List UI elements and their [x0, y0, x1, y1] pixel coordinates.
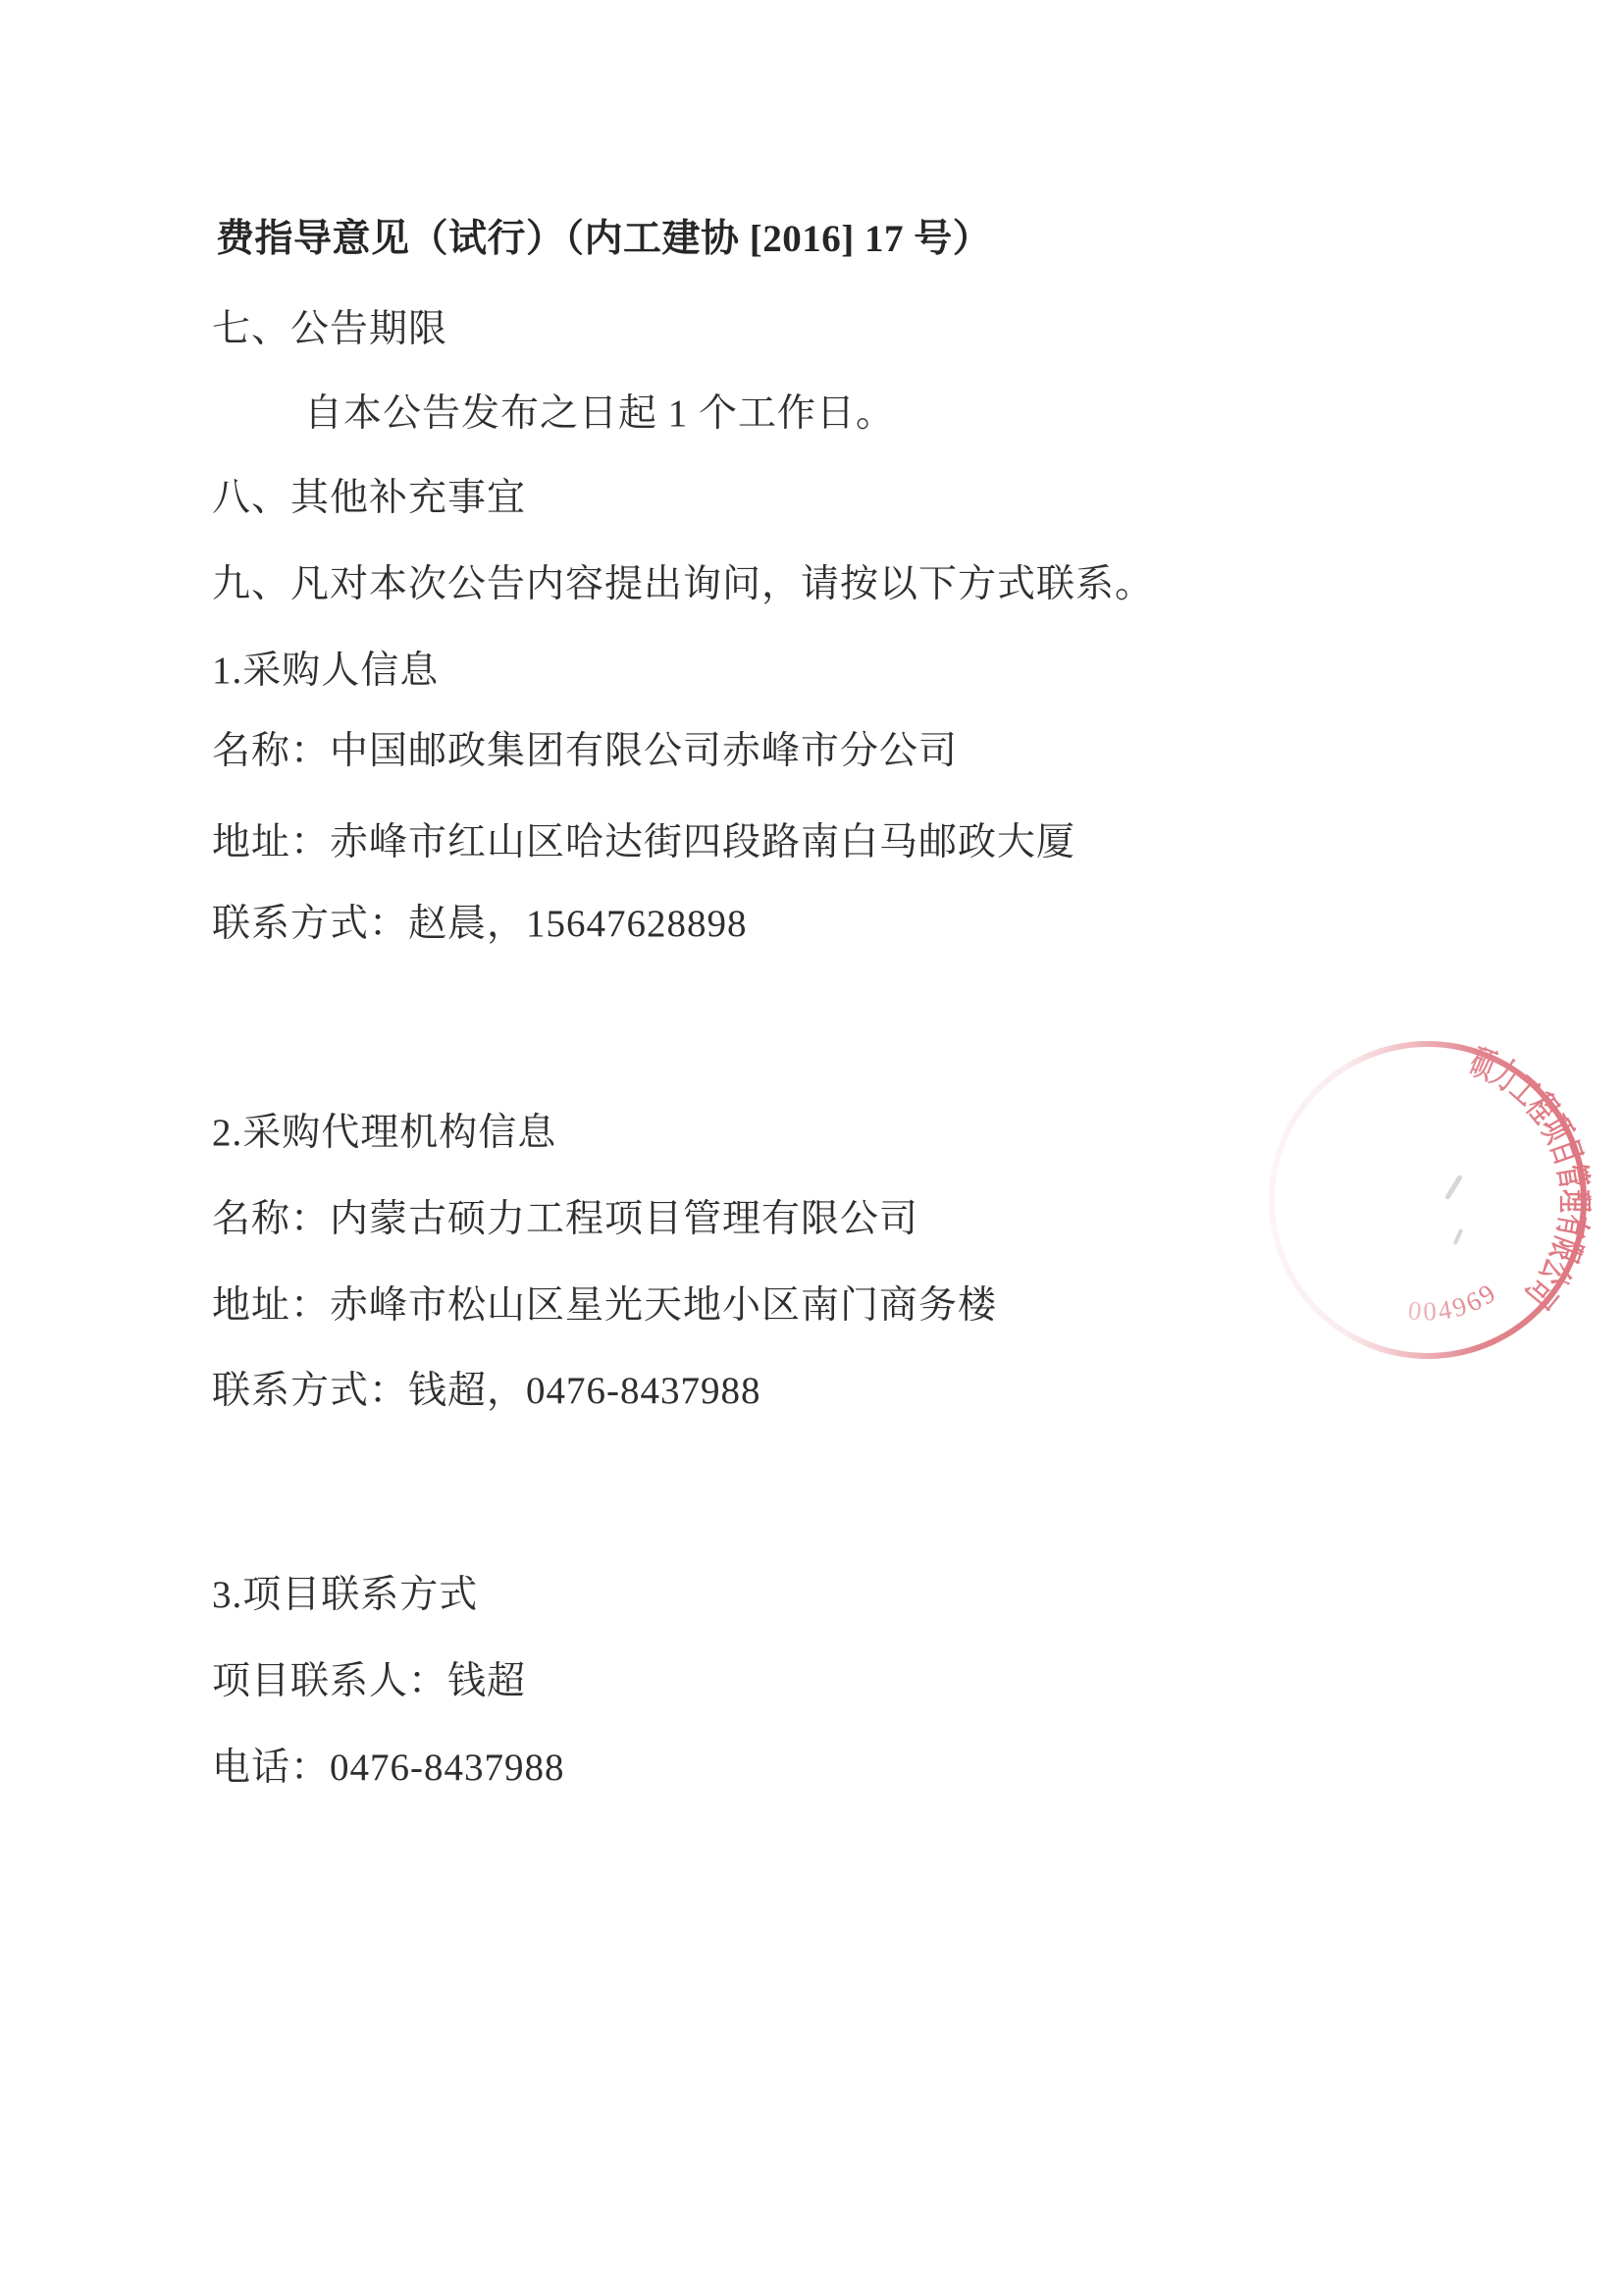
document-line-purchaser-name: 名称：中国邮政集团有限公司赤峰市分公司 — [212, 730, 958, 773]
document-line-agency-address: 地址：赤峰市松山区星光天地小区南门商务楼 — [212, 1284, 997, 1328]
document-line-agency-name: 名称：内蒙古硕力工程项目管理有限公司 — [212, 1198, 918, 1241]
document-line-section-9: 九、凡对本次公告内容提出询问，请按以下方式联系。 — [212, 563, 1154, 606]
document-line-section-7: 七、公告期限 — [212, 308, 447, 351]
document-line-purchaser-contact: 联系方式：赵晨，15647628898 — [212, 903, 748, 946]
stamp-company-arc-text: 硕力工程项目管理有限公司 — [1464, 1042, 1594, 1315]
scanned-document-page: 费指导意见（试行）（内工建协 [2016] 17 号） 七、公告期限 自本公告发… — [0, 0, 1623, 2296]
red-company-stamp-icon: 硕力工程项目管理有限公司 004969 — [1222, 994, 1623, 1406]
document-line-agency-contact: 联系方式：钱超，0476-8437988 — [212, 1370, 761, 1413]
svg-text:004969: 004969 — [1406, 1277, 1502, 1326]
document-line-agency-heading: 2.采购代理机构信息 — [212, 1112, 556, 1155]
document-line-project-contact-person: 项目联系人：钱超 — [212, 1660, 526, 1703]
svg-text:硕力工程项目管理有限公司: 硕力工程项目管理有限公司 — [1464, 1042, 1594, 1315]
document-line-section-8: 八、其他补充事宜 — [212, 477, 526, 520]
document-line-project-contact-phone: 电话：0476-8437988 — [212, 1747, 565, 1790]
stamp-serial-number: 004969 — [1406, 1277, 1502, 1326]
document-line-purchaser-heading: 1.采购人信息 — [212, 650, 439, 693]
document-line-purchaser-address: 地址：赤峰市红山区哈达街四段路南白马邮政大厦 — [212, 821, 1075, 864]
document-line-project-contact-heading: 3.项目联系方式 — [212, 1574, 478, 1617]
document-line-notice-period: 自本公告发布之日起 1 个工作日。 — [304, 392, 895, 436]
document-line-title-continuation: 费指导意见（试行）（内工建协 [2016] 17 号） — [216, 218, 991, 261]
